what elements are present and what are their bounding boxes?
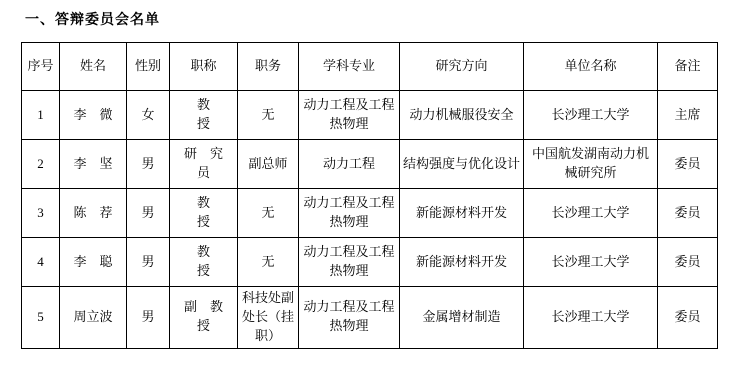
cell-no: 3 <box>22 189 60 238</box>
cell-unit: 长沙理工大学 <box>524 287 658 349</box>
cell-title: 副 教 授 <box>170 287 238 349</box>
cell-direction: 结构强度与优化设计 <box>400 140 524 189</box>
cell-direction: 金属增材制造 <box>400 287 524 349</box>
cell-major: 动力工程及工程热物理 <box>299 287 400 349</box>
cell-title: 教 授 <box>170 238 238 287</box>
cell-gender: 男 <box>127 140 170 189</box>
page-title: 一、答辩委员会名单 <box>25 9 160 29</box>
cell-unit: 中国航发湖南动力机械研究所 <box>524 140 658 189</box>
header-position: 职务 <box>238 43 299 91</box>
cell-position: 无 <box>238 189 299 238</box>
cell-position: 无 <box>238 91 299 140</box>
cell-name: 李 微 <box>60 91 127 140</box>
table-row: 3 陈 荐 男 教 授 无 动力工程及工程热物理 新能源材料开发 长沙理工大学 … <box>22 189 718 238</box>
cell-position: 无 <box>238 238 299 287</box>
header-major: 学科专业 <box>299 43 400 91</box>
cell-unit: 长沙理工大学 <box>524 189 658 238</box>
cell-name: 陈 荐 <box>60 189 127 238</box>
cell-direction: 动力机械服役安全 <box>400 91 524 140</box>
committee-table: 序号 姓名 性别 职称 职务 学科专业 研究方向 单位名称 备注 1 李 微 女… <box>21 42 718 349</box>
header-name: 姓名 <box>60 43 127 91</box>
header-title: 职称 <box>170 43 238 91</box>
cell-direction: 新能源材料开发 <box>400 189 524 238</box>
header-no: 序号 <box>22 43 60 91</box>
cell-title: 教 授 <box>170 91 238 140</box>
cell-note: 委员 <box>658 287 718 349</box>
cell-name: 李 坚 <box>60 140 127 189</box>
cell-major: 动力工程及工程热物理 <box>299 189 400 238</box>
cell-note: 委员 <box>658 140 718 189</box>
table-row: 4 李 聪 男 教 授 无 动力工程及工程热物理 新能源材料开发 长沙理工大学 … <box>22 238 718 287</box>
cell-no: 4 <box>22 238 60 287</box>
cell-major: 动力工程及工程热物理 <box>299 91 400 140</box>
header-unit: 单位名称 <box>524 43 658 91</box>
cell-no: 2 <box>22 140 60 189</box>
cell-position: 科技处副处长（挂职） <box>238 287 299 349</box>
cell-no: 1 <box>22 91 60 140</box>
cell-position: 副总师 <box>238 140 299 189</box>
table-row: 1 李 微 女 教 授 无 动力工程及工程热物理 动力机械服役安全 长沙理工大学… <box>22 91 718 140</box>
cell-gender: 男 <box>127 287 170 349</box>
cell-major: 动力工程及工程热物理 <box>299 238 400 287</box>
cell-title: 教 授 <box>170 189 238 238</box>
cell-title: 研 究 员 <box>170 140 238 189</box>
cell-name: 李 聪 <box>60 238 127 287</box>
cell-note: 委员 <box>658 238 718 287</box>
header-note: 备注 <box>658 43 718 91</box>
cell-major: 动力工程 <box>299 140 400 189</box>
cell-note: 主席 <box>658 91 718 140</box>
cell-unit: 长沙理工大学 <box>524 91 658 140</box>
cell-no: 5 <box>22 287 60 349</box>
table-header-row: 序号 姓名 性别 职称 职务 学科专业 研究方向 单位名称 备注 <box>22 43 718 91</box>
cell-direction: 新能源材料开发 <box>400 238 524 287</box>
cell-note: 委员 <box>658 189 718 238</box>
cell-gender: 男 <box>127 238 170 287</box>
cell-name: 周立波 <box>60 287 127 349</box>
table-row: 2 李 坚 男 研 究 员 副总师 动力工程 结构强度与优化设计 中国航发湖南动… <box>22 140 718 189</box>
table-row: 5 周立波 男 副 教 授 科技处副处长（挂职） 动力工程及工程热物理 金属增材… <box>22 287 718 349</box>
header-direction: 研究方向 <box>400 43 524 91</box>
header-gender: 性别 <box>127 43 170 91</box>
cell-gender: 女 <box>127 91 170 140</box>
cell-unit: 长沙理工大学 <box>524 238 658 287</box>
cell-gender: 男 <box>127 189 170 238</box>
